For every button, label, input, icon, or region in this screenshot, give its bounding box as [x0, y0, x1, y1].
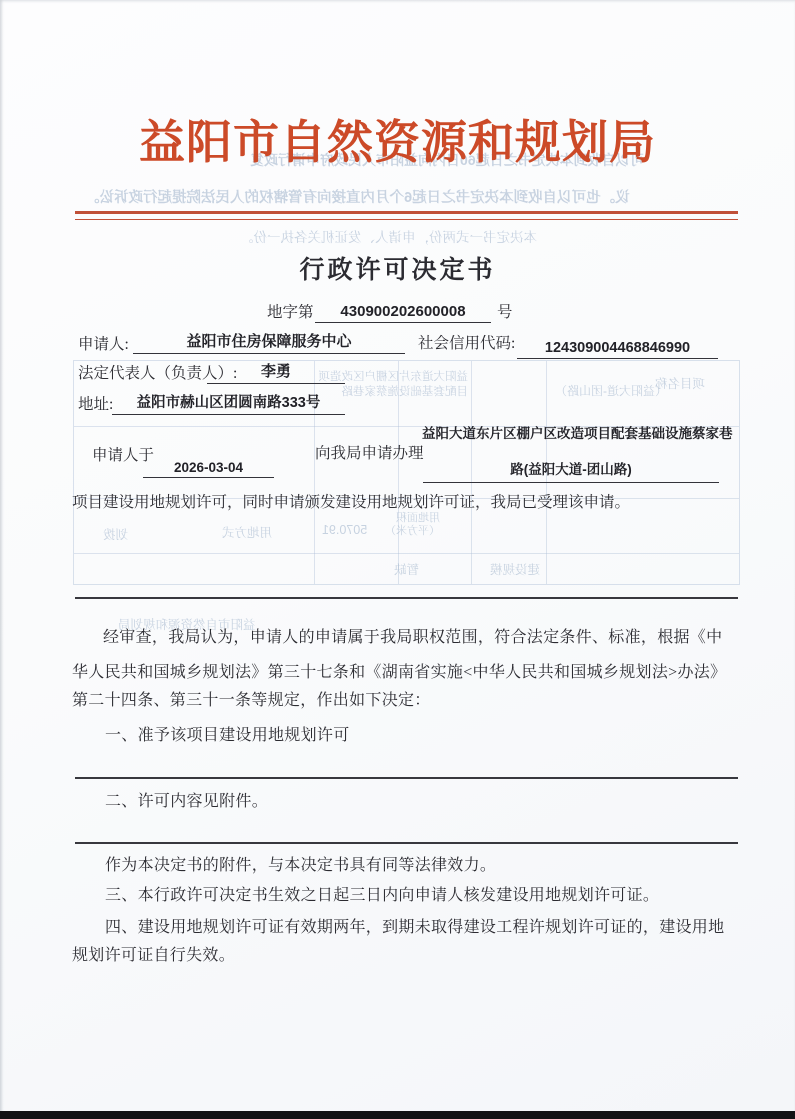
bleed-area-value: 5070.91: [322, 523, 367, 537]
red-divider-thin: [75, 219, 738, 220]
application-middle: 向我局申请办理: [315, 444, 424, 463]
black-divider-1: [75, 597, 738, 599]
decision-item-2: 二、许可内容见附件。: [105, 792, 268, 812]
application-date: 2026-03-04: [143, 460, 274, 475]
doc-number-value: 430900202600008: [315, 303, 491, 320]
applicant-value: 益阳市住房保障服务中心: [133, 330, 405, 351]
decision-item-1: 一、准予该项目建设用地规划许可: [105, 726, 350, 746]
bleed-scale-value: 暂缺: [394, 560, 419, 578]
address-label: 地址:: [78, 395, 113, 414]
project-name-line1: 益阳大道东片区棚户区改造项目配套基础设施蔡家巷: [422, 426, 733, 443]
bleed-scale-label: 建设规模: [490, 560, 540, 578]
scanned-permit-document: 可以自收到本决定书之日起60日内向益阳市人民政府申请行政复 议。也可以自收到本决…: [0, 0, 795, 1119]
doc-number-suffix: 号: [497, 303, 513, 322]
credit-code-underline: 124309004468846990: [517, 334, 718, 359]
review-line-3: 第二十四条、第三十一条等规定，作出如下决定：: [72, 691, 431, 711]
decision-item-3: 三、本行政许可决定书生效之日起三日内向申请人核发建设用地规划许可证。: [105, 886, 659, 906]
credit-code-value: 124309004468846990: [517, 340, 718, 356]
applicant-label: 申请人:: [78, 335, 129, 354]
bleed-mode-label: 用地方式: [222, 523, 272, 541]
review-line-2: 华人民共和国城乡规划法》第三十七条和《湖南省实施<中华人民共和国城乡规划法>办法…: [72, 663, 726, 683]
decision-item-4-line2: 规划许可证自行失效。: [72, 946, 235, 966]
address-underline: 益阳市赫山区团圆南路333号: [112, 394, 345, 415]
legal-rep-underline: 李勇: [207, 362, 345, 384]
doc-number-prefix: 地字第: [267, 303, 314, 322]
project-name-underline: 路(益阳大道-团山路): [423, 459, 719, 483]
bleed-area-label: 用地面积（平方米）: [388, 512, 440, 538]
project-name-line2: 路(益阳大道-团山路): [423, 458, 719, 478]
black-divider-2: [75, 777, 738, 779]
doc-number-underline: 430900202600008: [315, 300, 491, 323]
review-line-1: 经审查，我局认为，申请人的申请属于我局职权范围，符合法定条件、标准，根据《中: [103, 628, 722, 648]
bleed-location-value: （益阳大道-团山路）: [555, 382, 667, 399]
scan-bottom-edge: [0, 1111, 795, 1119]
bleed-line-2: 议。也可以自收到本决定书之日起6个月内直接向有管辖权的人民法院提起行政诉讼。: [85, 186, 630, 207]
decision-item-4-line1: 四、建设用地规划许可证有效期两年，到期未取得建设工程许规划许可证的，建设用地: [105, 918, 724, 938]
black-divider-3: [75, 842, 738, 844]
doc-title: 行政许可决定书: [0, 255, 795, 286]
legal-rep-value: 李勇: [207, 360, 345, 381]
address-value: 益阳市赫山区团圆南路333号: [112, 391, 345, 412]
bleed-table-hline: [74, 553, 739, 554]
applicant-underline: 益阳市住房保障服务中心: [133, 332, 405, 354]
agency-title: 益阳市自然资源和规划局: [0, 114, 795, 172]
application-date-underline: 2026-03-04: [143, 456, 274, 478]
red-divider-thick: [75, 211, 738, 214]
credit-code-label: 社会信用代码:: [418, 334, 515, 353]
bleed-mode-value: 划拨: [103, 525, 128, 543]
attachment-note: 作为本决定书的附件，与本决定书具有同等法律效力。: [105, 856, 496, 876]
application-tail: 项目建设用地规划许可，同时申请颁发建设用地规划许可证，我局已受理该申请。: [72, 493, 630, 512]
bleed-line-3: 本决定书一式两份，申请人、发证机关各执一份。: [240, 226, 537, 246]
